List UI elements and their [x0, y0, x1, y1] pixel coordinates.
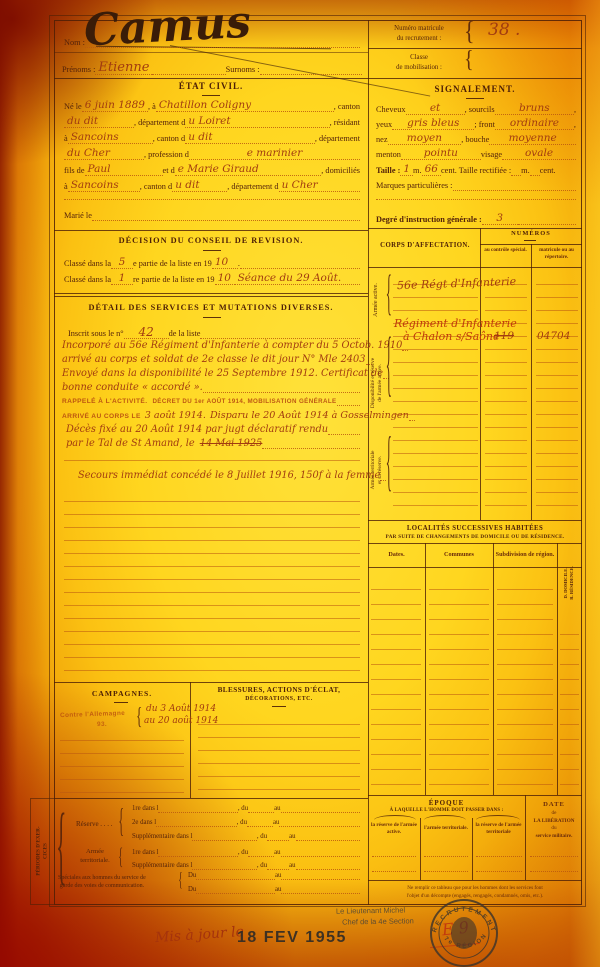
periode-row: Supplémentaire dans l , du au	[132, 833, 360, 841]
military-register-card: Camus Nom : Prénoms : Etienne Surnoms : …	[0, 0, 600, 967]
date-stamp: 18 FEV 1955	[237, 929, 347, 947]
cheveux-value: et	[406, 103, 465, 115]
residence-value: Sancoins	[68, 132, 153, 144]
label: cent.	[540, 166, 556, 176]
title-dash	[203, 250, 221, 251]
sig-row2: yeux gris bleus ; front ordinaire ,	[376, 118, 576, 130]
liste-annee: 10	[212, 257, 238, 269]
label: re partie de la liste en 19	[133, 275, 215, 285]
localites-subtitle: PAR SUITE DE CHANGEMENTS DE DOMICILE OU …	[368, 534, 582, 540]
officer-stamp: Le Lieutenant Michel Chef de la 4e Secti…	[336, 904, 414, 928]
decret-stamp: DÉCRET DU 1er AOÛT 1914, MOBILISATION GÉ…	[152, 398, 336, 405]
periode-row: Du au	[188, 872, 360, 880]
label: yeux	[376, 120, 392, 130]
dotted-fill	[511, 175, 521, 176]
menton-value: pointu	[401, 148, 481, 160]
double-rule	[54, 293, 368, 294]
label: , bouche	[461, 135, 489, 145]
blessures-subtitle: DÉCORATIONS, ETC.	[190, 696, 368, 702]
label: ,	[574, 120, 576, 130]
matricule-value: 38 .	[488, 22, 520, 39]
dotted-fill	[337, 405, 360, 406]
header-right-rule	[368, 48, 582, 49]
label: nez	[376, 135, 388, 145]
arrive-date: 3 août 1914.	[145, 411, 206, 421]
blank-line	[64, 199, 360, 200]
taille-m: 1	[400, 164, 413, 176]
label: e partie de la liste en 19	[133, 259, 212, 269]
marie-row: Marié le	[64, 211, 360, 221]
dotted-fill	[152, 74, 225, 75]
dotted-fill	[328, 434, 360, 435]
title-dash	[524, 240, 536, 241]
col-brace	[424, 815, 466, 820]
speciales-label: Spéciales aux hommes du service de garde…	[58, 874, 146, 891]
parents-residence: Sancoins	[68, 180, 140, 192]
title-dash	[203, 317, 221, 318]
corps-col-line	[480, 228, 481, 520]
service-entry: bonne conduite « accordé ».	[62, 383, 203, 393]
dotted-fill	[267, 840, 289, 841]
dotted-fill	[196, 893, 275, 894]
secours-note: Secours immédiat concédé le 8 Juillet 19…	[78, 471, 380, 481]
label: Supplémentaire dans l	[132, 862, 192, 870]
campagnes-title: CAMPAGNES.	[54, 689, 190, 698]
periode-row: 1re dans l , du au	[132, 805, 360, 813]
label: Supplémentaire dans l	[132, 833, 192, 841]
dotted-fill	[296, 869, 360, 870]
matricule-col-header: matricule ou au répertoire.	[533, 247, 580, 261]
epoque-bottom	[368, 880, 582, 881]
label: , département	[315, 134, 360, 144]
canton-value: du dit	[64, 116, 134, 128]
group-brace: {	[386, 272, 392, 322]
matricule-ruled-area	[536, 272, 578, 518]
label: , résidant	[330, 118, 360, 128]
label: m.	[413, 166, 422, 176]
date-liberation-header: DATE de LA LIBÉRATION du service militai…	[526, 800, 582, 841]
arrive-stamp: ARRIVÉ AU CORPS LE	[62, 413, 141, 421]
controle-number: 119	[494, 331, 514, 342]
ec-line1: Né le 6 juin 1889 , à Chatillon Coligny …	[64, 100, 360, 112]
rappel-stamp-row: RAPPELÉ À L'ACTIVITÉ. DÉCRET DU 1er AOÛT…	[62, 398, 360, 406]
label: Taille :	[376, 166, 400, 176]
marie-label: Marié le	[64, 211, 92, 221]
epoque-blank	[424, 871, 468, 872]
epoque-col2-header: l'armée territoriale.	[421, 825, 471, 832]
controle-ruled-area	[485, 272, 527, 518]
nez-value: moyen	[388, 133, 462, 145]
title-dash	[202, 95, 220, 96]
dotted-fill	[158, 856, 237, 857]
section-rule	[368, 228, 582, 229]
campagnes-ruled-area	[60, 728, 184, 794]
epoque-subtitle: À LAQUELLE L'HOMME DOIT PASSER DANS :	[368, 808, 525, 813]
dotted-fill	[518, 224, 576, 225]
dotted-fill	[248, 856, 274, 857]
matricule-number: 04704	[537, 331, 570, 342]
classe-label: Classe de mobilisation :	[376, 53, 462, 73]
taille-cm: 66	[422, 164, 441, 176]
label: menton	[376, 150, 401, 160]
ec-line2: du dit , département d u Loiret , résida…	[64, 116, 360, 128]
dotted-fill	[247, 826, 273, 827]
label: Inscrit sous le n°	[68, 329, 124, 339]
label: cent. Taille rectifiée :	[441, 166, 511, 176]
double-rule	[54, 296, 368, 297]
departement-value: u Loiret	[185, 116, 329, 128]
disponibilite-label: Disponibilité et réserve de l'armée acti…	[370, 358, 384, 408]
sig-row1: Cheveux et , sourcils bruns ,	[376, 103, 576, 115]
dotted-fill	[158, 812, 237, 813]
arrive-row: ARRIVÉ AU CORPS LE 3 août 1914. Disparu …	[62, 411, 360, 421]
label: Né le	[64, 102, 82, 112]
dotted-fill	[92, 220, 360, 221]
dotted-fill	[192, 869, 256, 870]
label: Classé dans la	[64, 275, 111, 285]
round-recruitment-stamp: RECRUTEMENT 7e RÉGION	[416, 894, 512, 967]
blessures-title: BLESSURES, ACTIONS D'ÉCLAT,	[190, 686, 368, 694]
dotted-fill	[200, 338, 360, 339]
label: , canton d	[153, 134, 186, 144]
label: Du	[188, 872, 196, 880]
label: ; front	[474, 120, 495, 130]
label: , sourcils	[465, 105, 495, 115]
section-rule	[368, 520, 582, 521]
dates-col-header: Dates.	[368, 551, 425, 558]
rappel-stamp: RAPPELÉ À L'ACTIVITÉ.	[62, 398, 147, 406]
label: visage	[481, 150, 502, 160]
localites-col	[557, 543, 558, 795]
liste-annee: 10	[215, 273, 235, 285]
dotted-fill	[530, 175, 540, 176]
periodes-side-label: PÉRIODES D'EXER- CICES	[35, 826, 49, 875]
surnoms-label: Surnoms :	[226, 65, 260, 75]
periode-row: 1re dans l , du au	[132, 849, 360, 857]
prenoms-label: Prénoms :	[62, 65, 95, 75]
col-brace	[476, 815, 520, 820]
services-title: DÉTAIL DES SERVICES ET MUTATIONS DIVERSE…	[54, 303, 368, 312]
liste-numero: 42	[124, 326, 169, 339]
numeros-split-rule	[480, 244, 582, 245]
label: ,	[574, 105, 576, 115]
canton-value: u dit	[172, 180, 227, 192]
title-dash	[466, 98, 484, 99]
label: 1re dans l	[132, 805, 158, 813]
secours-row: Secours immédiat concédé le 8 Juillet 19…	[78, 471, 360, 481]
sig-row4: menton pointu visage ovale	[376, 148, 576, 160]
epoque-blank	[530, 871, 578, 872]
label: , du	[238, 849, 248, 857]
dotted-fill	[203, 392, 360, 393]
services-line: bonne conduite « accordé ».	[62, 383, 360, 393]
liste-partie: 5	[111, 257, 133, 269]
dotted-fill	[281, 856, 360, 857]
epoque-col1-header: la réserve de l'armée active.	[369, 822, 419, 836]
etat-civil-title: ÉTAT CIVIL.	[54, 81, 368, 91]
canton-value: u dit	[185, 132, 315, 144]
reserve-label: Réserve . . . .	[76, 820, 113, 828]
corps-col-line	[531, 244, 532, 520]
sourcils-value: bruns	[495, 103, 574, 115]
mother-name: e Marie Giraud	[175, 164, 322, 176]
label: 1re dans l	[132, 849, 158, 857]
corps-entry-reserve-1: Régiment d'Infanterie	[394, 318, 517, 329]
signalement-title: SIGNALEMENT.	[368, 84, 582, 94]
nom-label: Nom :	[64, 38, 85, 48]
empty-ruled-area	[64, 489, 360, 679]
service-entry: Incorporé au 56e Régiment d'Infanterie à…	[62, 341, 402, 351]
service-entry: arrivé au corps et soldat de 2e classe l…	[62, 355, 366, 365]
epoque-blank	[372, 871, 416, 872]
services-line: Incorporé au 56e Régiment d'Infanterie à…	[62, 341, 360, 351]
corps-ruled-area	[393, 272, 478, 518]
campagne-brace: {	[136, 703, 142, 728]
ec-line6: à Sancoins , canton d u dit , départemen…	[64, 180, 360, 192]
services-line: Envoyé dans la disponibilité le 25 Septe…	[62, 369, 360, 379]
dotted-fill	[196, 879, 275, 880]
birth-place: Chatillon Coligny	[156, 100, 334, 112]
yeux-value: gris bleus	[392, 118, 474, 130]
section-rule	[54, 230, 368, 231]
dotted-fill	[281, 812, 360, 813]
deces-row: Décès fixé au 20 Août 1914 par jugt décl…	[66, 425, 360, 435]
localites-col	[425, 543, 426, 795]
title-dash	[272, 706, 286, 707]
sig-row3: nez moyen , bouche moyenne	[376, 133, 576, 145]
epoque-col3-header: la réserve de l'armée territoriale	[473, 822, 524, 836]
degre-row: Degré d'instruction générale : 3	[376, 213, 576, 225]
section-rule	[54, 798, 368, 799]
column-divider	[368, 20, 369, 905]
dotted-fill	[453, 190, 577, 191]
dotted-fill	[192, 840, 256, 841]
speciales-brace: {	[178, 872, 182, 892]
prenoms-value: Etienne	[95, 61, 152, 75]
inscrit-row: Inscrit sous le n° 42 de la liste	[68, 326, 360, 339]
periode-row: 2e dans l , du au	[132, 819, 360, 827]
matricule-brace: {	[464, 18, 475, 44]
dotted-fill	[85, 47, 360, 48]
label: , à	[148, 102, 156, 112]
prenoms-row: Prénoms : Etienne Surnoms :	[62, 61, 362, 75]
matricule-label: Numéro matricule du recrutement :	[376, 24, 462, 44]
ec-line4: du Cher , profession d e marinier	[64, 148, 360, 160]
label: , département d	[134, 118, 185, 128]
side-ruled	[560, 620, 579, 793]
classe-brace: {	[464, 48, 474, 72]
blank-line	[376, 199, 576, 200]
dotted-fill	[296, 840, 360, 841]
label: , du	[238, 805, 248, 813]
dotted-fill	[260, 74, 362, 75]
epoque-blank	[424, 856, 468, 857]
bouche-value: moyenne	[489, 133, 576, 145]
territoriale-label: Armée territoriale et sa réserve.	[370, 451, 384, 490]
periode-row: Supplémentaire dans l , du au	[132, 862, 360, 870]
domicile-residence-label: D. DOMICILE. R. RÉSIDENCE.	[563, 566, 575, 600]
section-rule	[54, 682, 368, 683]
seance-note: Séance du 29 Août.	[235, 273, 360, 285]
birth-date: 6 juin 1889	[82, 100, 148, 112]
mis-a-jour-note: Mis à jour le	[155, 925, 245, 945]
header-rule	[54, 52, 368, 53]
label: fils de	[64, 166, 85, 176]
epoque-blank	[530, 856, 578, 857]
dotted-fill	[248, 812, 274, 813]
dates-ruled	[371, 575, 421, 793]
dotted-fill	[240, 268, 360, 269]
dotted-fill	[281, 879, 360, 880]
label: , domiciliés	[321, 166, 360, 176]
label: , canton d	[140, 182, 173, 192]
label: 2e dans l	[132, 819, 156, 827]
col-brace	[374, 815, 416, 820]
label: , canton	[334, 102, 360, 112]
campagne-stamp-2: 93.	[97, 721, 107, 728]
corps-header-rule	[368, 267, 582, 268]
dotted-fill	[281, 893, 360, 894]
nom-row: Nom :	[64, 38, 360, 48]
degre-label: Degré d'instruction générale :	[376, 215, 482, 225]
epoque-blank	[476, 871, 522, 872]
label: , département d	[227, 182, 278, 192]
blessures-ruled-area	[198, 712, 360, 794]
label: de la liste	[169, 329, 201, 339]
label: , du	[257, 833, 267, 841]
disparu-note: Disparu le 20 Août 1914 à Gosselmingen	[210, 411, 409, 421]
group-brace: {	[386, 432, 392, 499]
ec-line5: fils de Paul et d e Marie Giraud , domic…	[64, 164, 360, 176]
epoque-title: ÉPOQUE	[368, 799, 525, 807]
front-value: ordinaire	[495, 118, 574, 130]
corps-entry-reserve-2: à Chalon s/Saône	[403, 331, 500, 342]
reserve-brace: {	[118, 803, 124, 837]
label: Cheveux	[376, 105, 406, 115]
epoque-blank	[372, 856, 416, 857]
father-name: Paul	[85, 164, 163, 176]
localites-bottom	[368, 795, 582, 796]
periode-row: Du au	[188, 886, 360, 894]
header-bottom-rule	[54, 78, 368, 79]
profession-value: e marinier	[189, 148, 360, 160]
label: , profession d	[144, 150, 189, 160]
label: et d	[163, 166, 175, 176]
deces-note: Décès fixé au 20 Août 1914 par jugt décl…	[66, 425, 328, 435]
decision-title: DÉCISION DU CONSEIL DE REVISION.	[54, 236, 368, 245]
label: , du	[257, 862, 267, 870]
ec-line3: à Sancoins , canton d u dit , départemen…	[64, 132, 360, 144]
decision-line2: Classé dans la 1 re partie de la liste e…	[64, 273, 360, 285]
corps-title: CORPS D'AFFECTATION.	[372, 242, 478, 249]
communes-col-header: Communes	[425, 551, 493, 558]
numeros-title: NUMÉROS	[480, 230, 582, 237]
subdivision-ruled	[497, 575, 553, 793]
taille-row: Taille : 1 m. 66 cent. Taille rectifiée …	[376, 164, 576, 176]
decision-line1: Classé dans la 5 e partie de la liste en…	[64, 257, 360, 269]
title-dash	[114, 702, 128, 703]
armee-territoriale-label: Armée territoriale.	[72, 848, 118, 865]
dotted-fill	[156, 826, 237, 827]
epoque-blank	[476, 856, 522, 857]
dotted-fill	[267, 869, 289, 870]
armee-active-label: Armée active.	[373, 283, 381, 317]
label: Du	[188, 886, 196, 894]
visage-value: ovale	[502, 148, 576, 160]
blank-rules	[64, 448, 360, 462]
header-right-bottom-rule	[368, 78, 582, 79]
localites-col	[493, 543, 494, 795]
liste-partie: 1	[111, 273, 133, 285]
marques-row: Marques particulières :	[376, 181, 576, 191]
communes-ruled	[429, 575, 489, 793]
group-brace: {	[386, 332, 392, 406]
marques-label: Marques particulières :	[376, 181, 453, 191]
controle-col-header: au contrôle spécial.	[482, 247, 529, 254]
services-line: arrivé au corps et soldat de 2e classe l…	[62, 355, 360, 365]
degre-value: 3	[482, 213, 518, 225]
label: Classé dans la	[64, 259, 111, 269]
subdivision-col-header: Subdivision de région.	[493, 551, 557, 558]
localites-title: LOCALITÉS SUCCESSIVES HABITÉES	[368, 525, 582, 532]
departement-value: du Cher	[64, 148, 144, 160]
service-entry: Envoyé dans la disponibilité le 25 Septe…	[62, 369, 383, 379]
departement-value: u Cher	[279, 180, 360, 192]
territoriale-brace: {	[118, 847, 123, 870]
label: m.	[521, 166, 530, 176]
dotted-fill	[279, 826, 360, 827]
localites-header-top	[368, 543, 582, 544]
localites-header-bottom	[368, 567, 582, 568]
label: , du	[237, 819, 247, 827]
